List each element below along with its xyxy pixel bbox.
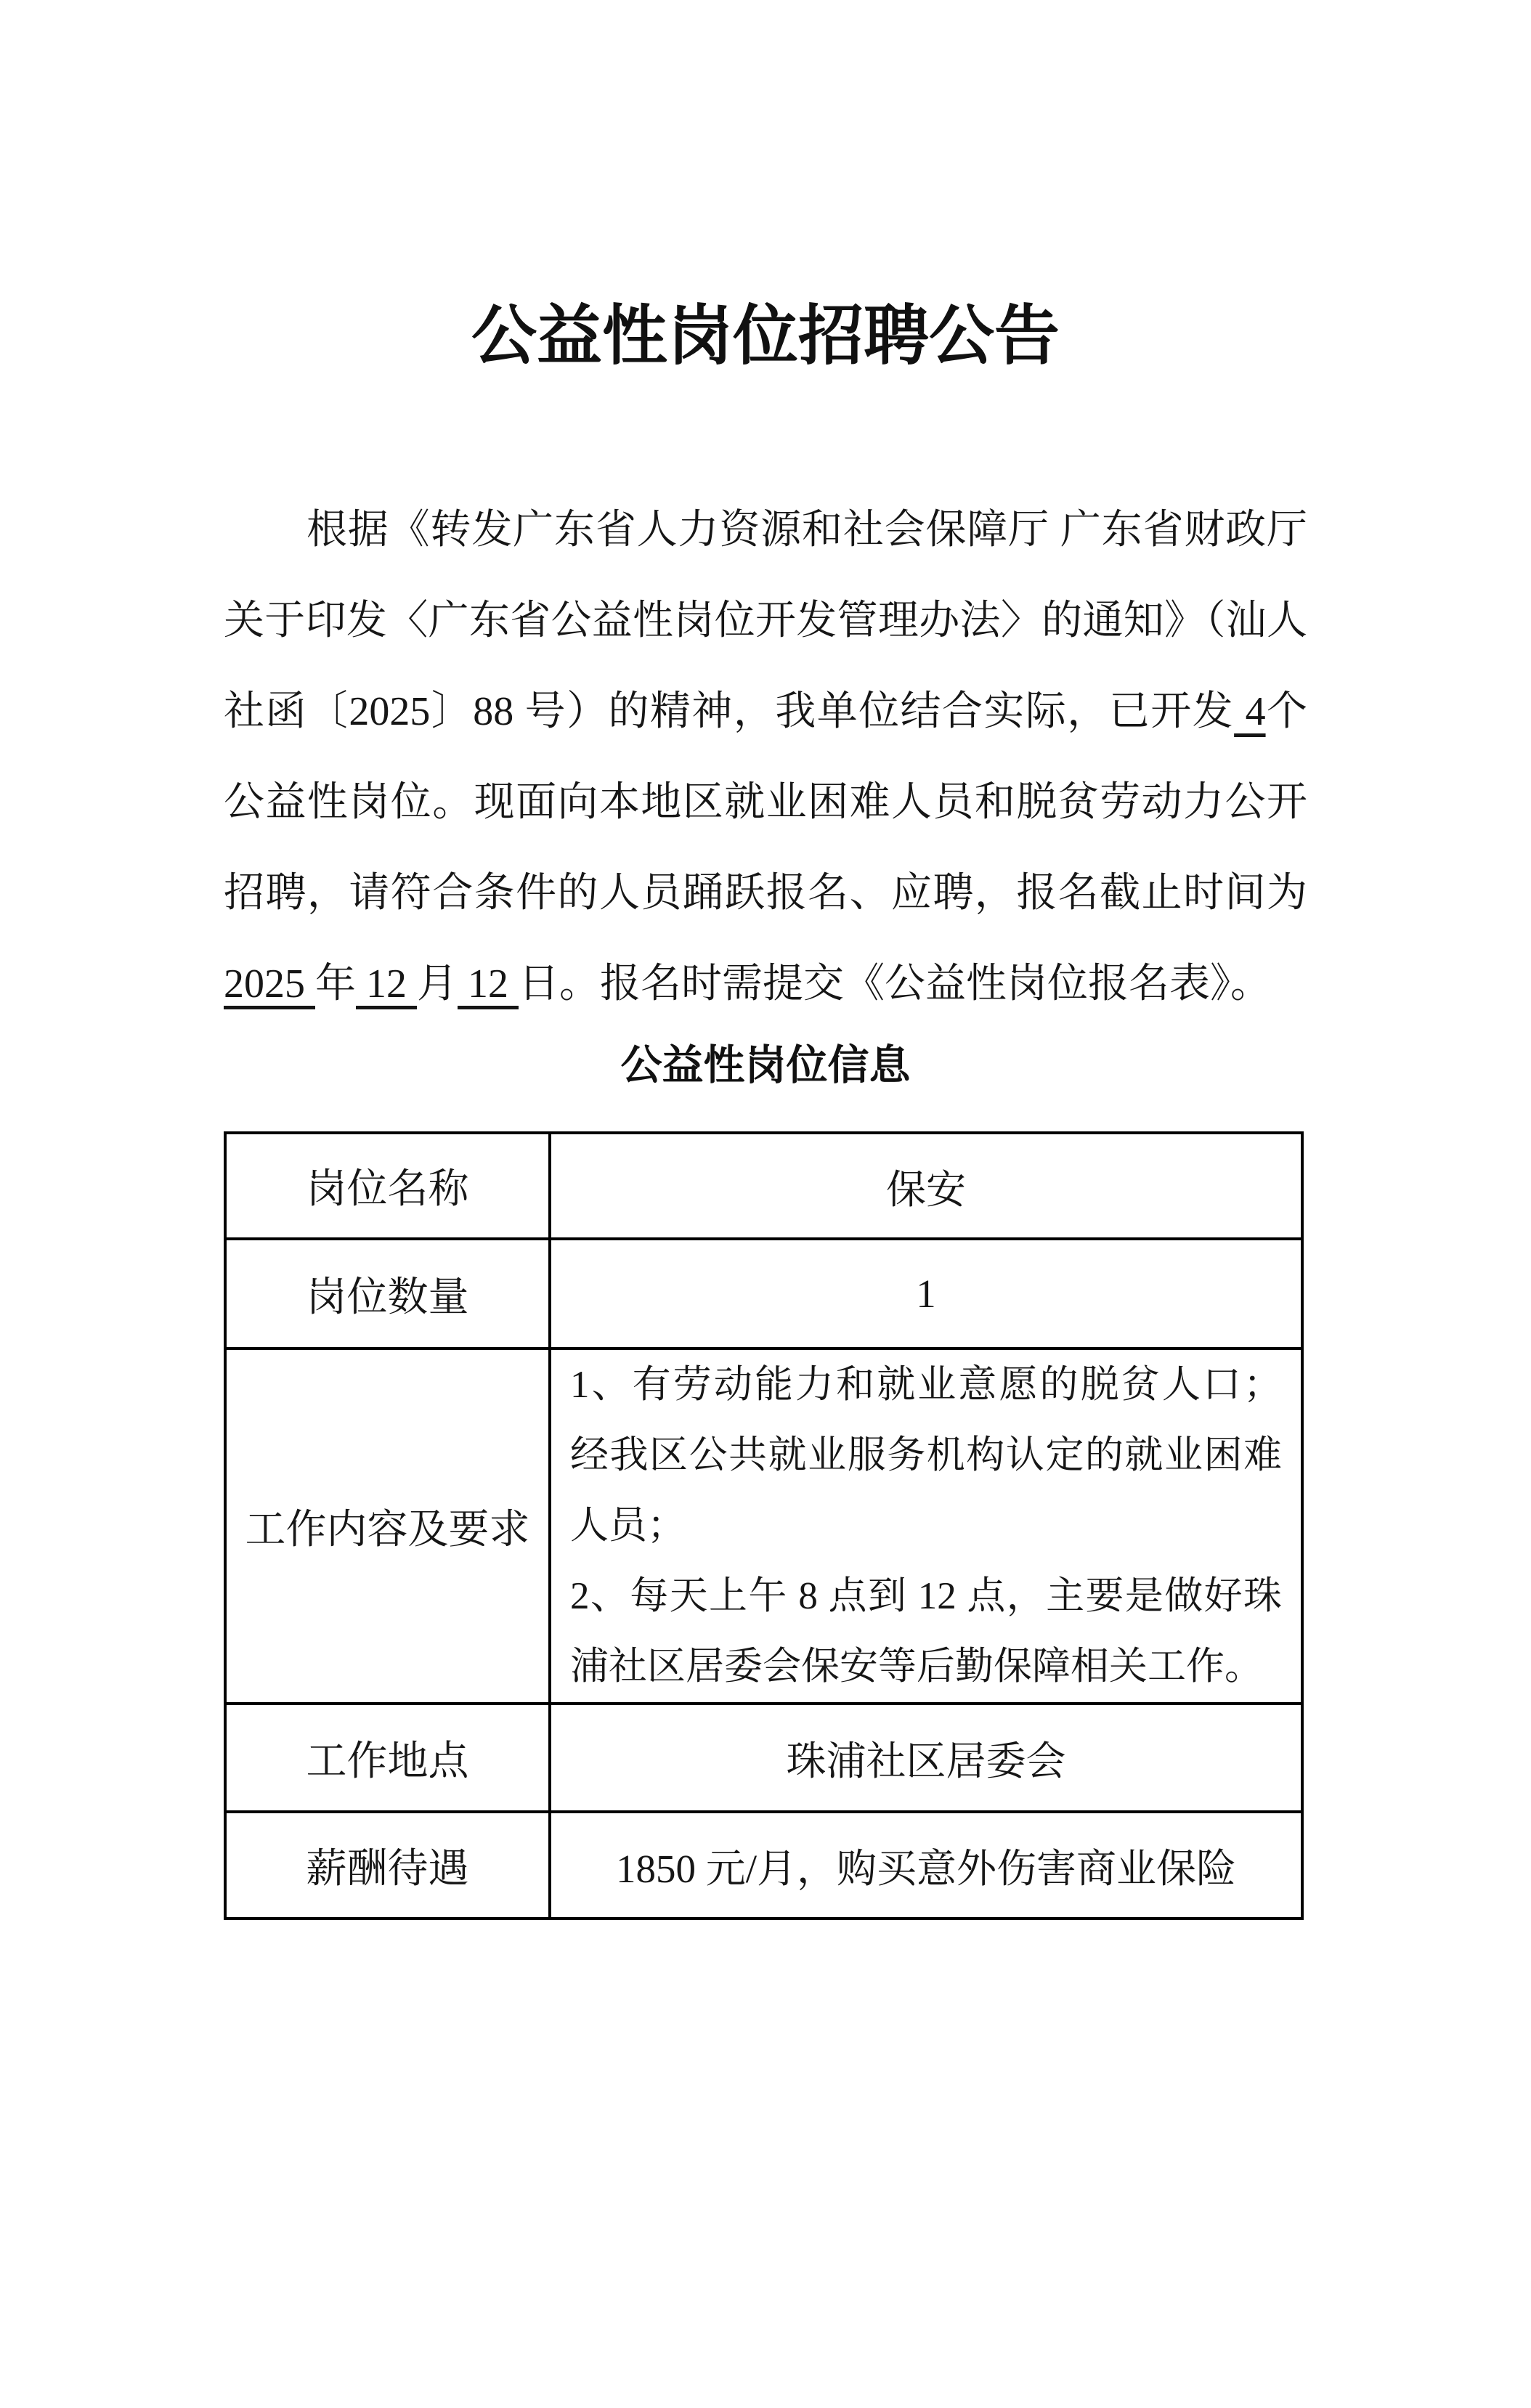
- table-row-position-count: 岗位数量 1: [225, 1239, 1302, 1349]
- paragraph-run: 根据《转发广东省人力资源和社会保障厅 广东省财政厅关于印发〈广东省公益性岗位开发…: [224, 508, 1307, 734]
- underlined-deadline-day: 12: [458, 961, 519, 1006]
- row-label-position-name: 岗位名称: [225, 1133, 550, 1239]
- row-value-position-count: 1: [550, 1239, 1302, 1349]
- underlined-deadline-month: 12: [356, 961, 417, 1006]
- document-page: 公益性岗位招聘公告 根据《转发广东省人力资源和社会保障厅 广东省财政厅关于印发〈…: [0, 0, 1531, 2408]
- row-value-work-location: 珠浦社区居委会: [550, 1704, 1302, 1812]
- document-title: 公益性岗位招聘公告: [224, 296, 1307, 376]
- requirement-item-2: 2、每天上午 8 点到 12 点，主要是做好珠浦社区居委会保安等后勤保障相关工作…: [570, 1561, 1282, 1702]
- row-label-job-requirements: 工作内容及要求: [225, 1349, 550, 1704]
- job-info-table-body: 岗位名称 保安 岗位数量 1 工作内容及要求 1、有劳动能力和就业意愿的脱贫人口…: [225, 1133, 1302, 1919]
- section-title: 公益性岗位信息: [224, 1040, 1307, 1091]
- row-label-work-location: 工作地点: [225, 1704, 550, 1812]
- paragraph-run: 月: [417, 961, 458, 1006]
- table-row-job-requirements: 工作内容及要求 1、有劳动能力和就业意愿的脱贫人口；经我区公共就业服务机构认定的…: [225, 1349, 1302, 1704]
- row-value-salary: 1850 元/月，购买意外伤害商业保险: [550, 1812, 1302, 1919]
- underlined-position-count: 4: [1234, 689, 1265, 734]
- table-row-work-location: 工作地点 珠浦社区居委会: [225, 1704, 1302, 1812]
- row-label-position-count: 岗位数量: [225, 1239, 550, 1349]
- row-value-position-name: 保安: [550, 1133, 1302, 1239]
- table-row-salary: 薪酬待遇 1850 元/月，购买意外伤害商业保险: [225, 1812, 1302, 1919]
- announcement-paragraph: 根据《转发广东省人力资源和社会保障厅 广东省财政厅关于印发〈广东省公益性岗位开发…: [224, 485, 1307, 1030]
- paragraph-run: 年: [315, 961, 356, 1006]
- paragraph-run: 日。报名时需提交《公益性岗位报名表》。: [519, 961, 1271, 1006]
- underlined-deadline-year: 2025: [224, 961, 315, 1006]
- row-label-salary: 薪酬待遇: [225, 1812, 550, 1919]
- job-info-table: 岗位名称 保安 岗位数量 1 工作内容及要求 1、有劳动能力和就业意愿的脱贫人口…: [224, 1131, 1304, 1920]
- row-value-job-requirements: 1、有劳动能力和就业意愿的脱贫人口；经我区公共就业服务机构认定的就业困难人员； …: [550, 1349, 1302, 1704]
- table-row-position-name: 岗位名称 保安: [225, 1133, 1302, 1239]
- requirement-item-1: 1、有劳动能力和就业意愿的脱贫人口；经我区公共就业服务机构认定的就业困难人员；: [570, 1350, 1282, 1561]
